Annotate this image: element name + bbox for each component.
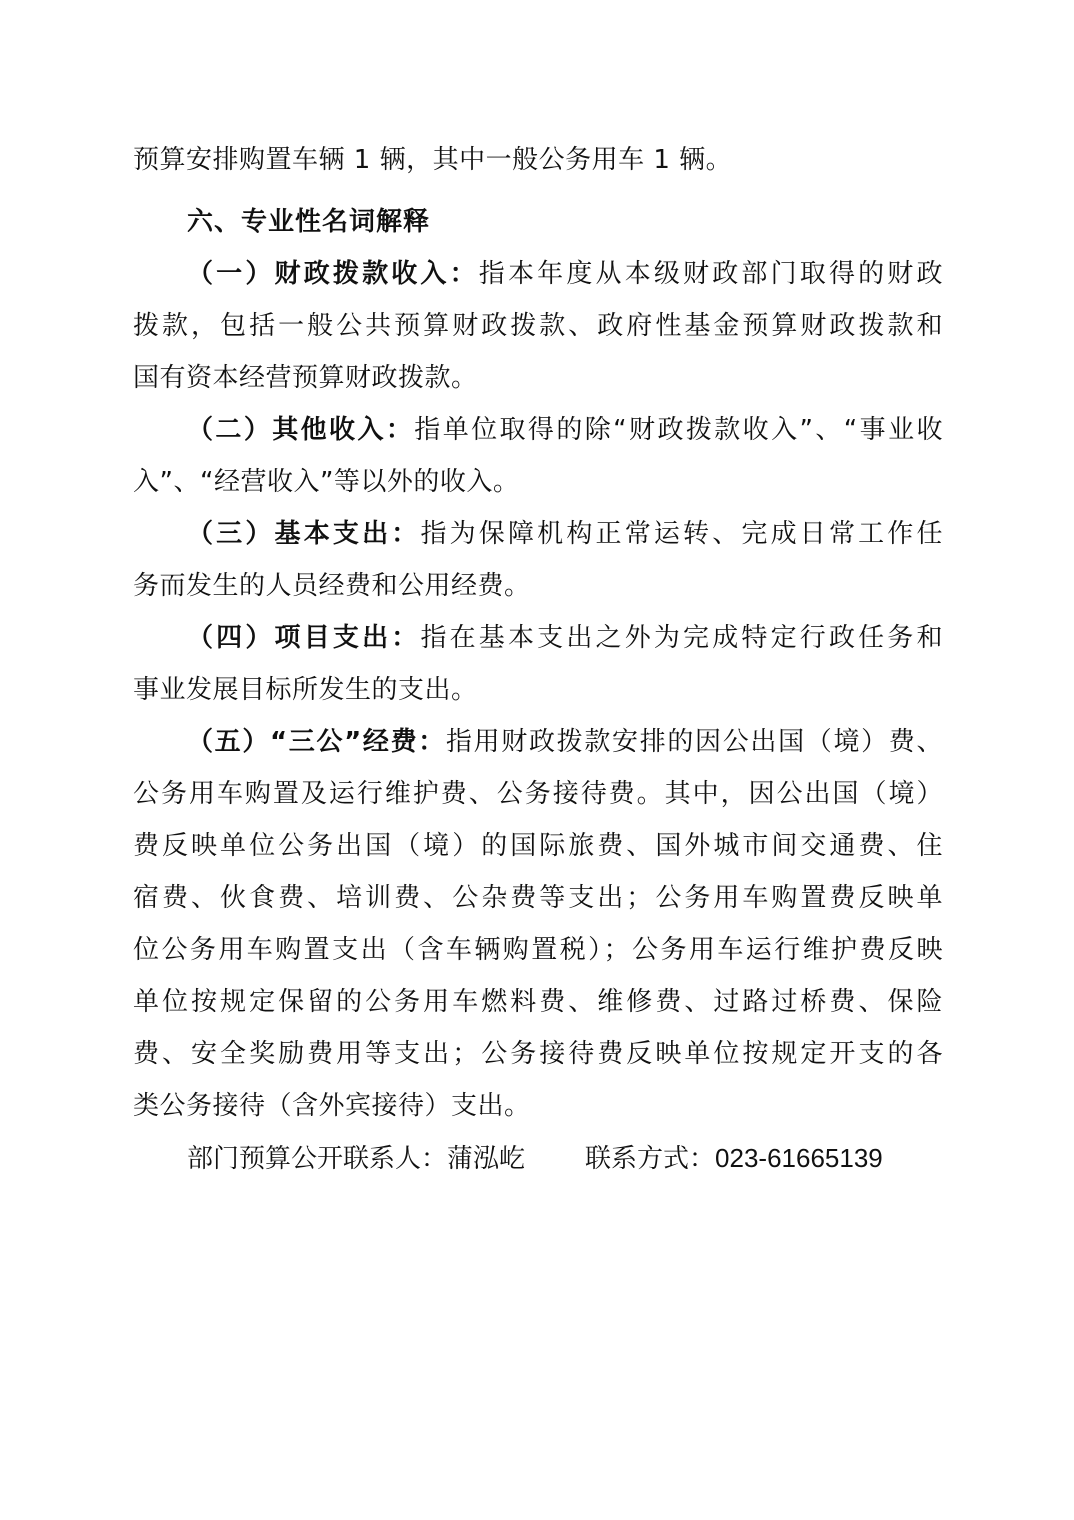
definition-other-income: （二）其他收入：指单位取得的除“财政拨款收入”、“事业收 入”、“经营收入”等以… [133,404,943,508]
definition-text: 指本年度从本级财政部门取得的财政 [479,259,943,289]
definition-line: 费、安全奖励费用等支出；公务接待费反映单位按规定开支的各 [133,1028,943,1080]
contact-person-label: 部门预算公开联系人： [187,1144,447,1174]
definition-basic-expenditure: （三）基本支出：指为保障机构正常运转、完成日常工作任 务而发生的人员经费和公用经… [133,508,943,612]
definition-line: 拨款，包括一般公共预算财政拨款、政府性基金预算财政拨款和 [133,300,943,352]
definition-line: 务而发生的人员经费和公用经费。 [133,560,943,612]
definition-line: 单位按规定保留的公务用车燃料费、维修费、过路过桥费、保险 [133,976,943,1028]
definition-term: （二）其他收入： [187,415,414,445]
definition-line: 类公务接待（含外宾接待）支出。 [133,1080,943,1132]
definition-line: 位公务用车购置支出（含车辆购置税）；公务用车运行维护费反映 [133,924,943,976]
contact-person-name: 蒲泓屹 [447,1144,525,1174]
contact-phone-label: 联系方式： [585,1144,715,1174]
definition-line: （二）其他收入：指单位取得的除“财政拨款收入”、“事业收 [133,404,943,456]
definition-term: （一）财政拨款收入： [187,259,479,289]
section-heading: 六、专业性名词解释 [133,196,943,248]
definition-line: 宿费、伙食费、培训费、公杂费等支出；公务用车购置费反映单 [133,872,943,924]
definition-line: 公务用车购置及运行维护费、公务接待费。其中，因公出国（境） [133,768,943,820]
definition-line: 事业发展目标所发生的支出。 [133,664,943,716]
definition-line: 入”、“经营收入”等以外的收入。 [133,456,943,508]
definition-text: 指单位取得的除“财政拨款收入”、“事业收 [414,415,943,445]
definition-term: （三）基本支出： [187,519,420,549]
definition-line: 费反映单位公务出国（境）的国际旅费、国外城市间交通费、住 [133,820,943,872]
definition-text: 指为保障机构正常运转、完成日常工作任 [420,519,943,549]
document-page: 预算安排购置车辆 1 辆，其中一般公务用车 1 辆。 六、专业性名词解释 （一）… [133,134,943,1184]
definition-text: 指在基本支出之外为完成特定行政任务和 [420,623,943,653]
definition-line: （五）“三公”经费：指用财政拨款安排的因公出国（境）费、 [133,716,943,768]
definition-line: （一）财政拨款收入：指本年度从本级财政部门取得的财政 [133,248,943,300]
definition-term: （四）项目支出： [187,623,420,653]
contact-phone-number: 023-61665139 [715,1143,883,1173]
definition-fiscal-appropriation-income: （一）财政拨款收入：指本年度从本级财政部门取得的财政 拨款，包括一般公共预算财政… [133,248,943,404]
definition-three-public-expenses: （五）“三公”经费：指用财政拨款安排的因公出国（境）费、 公务用车购置及运行维护… [133,716,943,1132]
definition-line: （四）项目支出：指在基本支出之外为完成特定行政任务和 [133,612,943,664]
definition-text: 指用财政拨款安排的因公出国（境）费、 [446,727,943,757]
definition-line: 国有资本经营预算财政拨款。 [133,352,943,404]
definition-project-expenditure: （四）项目支出：指在基本支出之外为完成特定行政任务和 事业发展目标所发生的支出。 [133,612,943,716]
definition-line: （三）基本支出：指为保障机构正常运转、完成日常工作任 [133,508,943,560]
intro-line: 预算安排购置车辆 1 辆，其中一般公务用车 1 辆。 [133,134,943,186]
definition-term: （五）“三公”经费： [187,727,446,757]
contact-line: 部门预算公开联系人：蒲泓屹联系方式：023-61665139 [133,1132,943,1184]
